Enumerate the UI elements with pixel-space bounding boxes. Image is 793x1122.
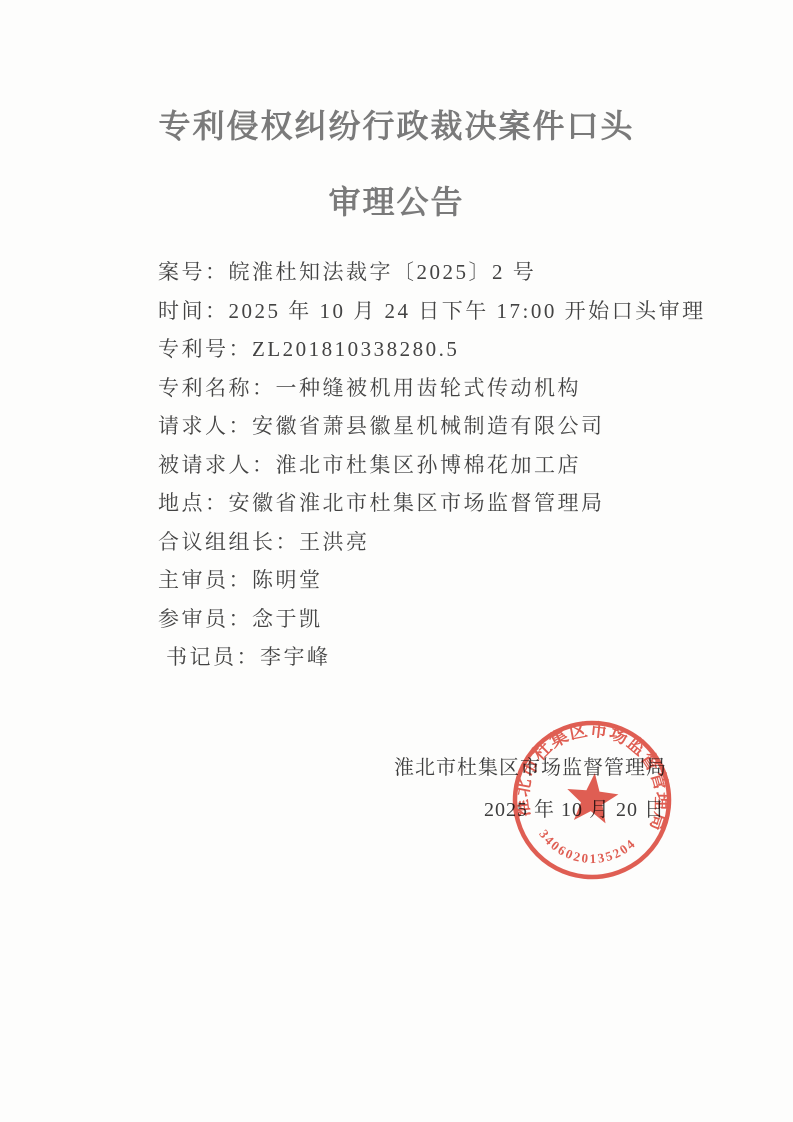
claimant-line: 请求人：安徽省萧县徽星机械制造有限公司 — [158, 407, 753, 446]
announcement-body: 案号：皖淮杜知法裁字〔2025〕2 号 时间：2025 年 10 月 24 日下… — [158, 253, 753, 677]
respondent-line: 被请求人：淮北市杜集区孙博棉花加工店 — [158, 446, 753, 485]
announcement-title-line2: 审理公告 — [0, 182, 793, 222]
case-number-line: 案号：皖淮杜知法裁字〔2025〕2 号 — [158, 253, 753, 292]
co-examiner-line: 参审员：念于凯 — [158, 600, 753, 639]
patent-name-line: 专利名称：一种缝被机用齿轮式传动机构 — [158, 369, 753, 408]
patent-number-line: 专利号：ZL201810338280.5 — [158, 330, 753, 369]
location-line: 地点：安徽省淮北市杜集区市场监督管理局 — [158, 484, 753, 523]
red-star-icon — [564, 770, 620, 824]
seal-ring-text-holder: 淮北市杜集区市场监督管理局 — [509, 715, 677, 835]
hearing-time-line: 时间：2025 年 10 月 24 日下午 17:00 开始口头审理 — [158, 292, 753, 331]
announcement-page: 专利侵权纠纷行政裁决案件口头 审理公告 案号：皖淮杜知法裁字〔2025〕2 号 … — [0, 0, 793, 1122]
official-red-seal: 淮北市杜集区市场监督管理局 3406020135204 — [507, 715, 677, 885]
chief-examiner-line: 主审员：陈明堂 — [158, 561, 753, 600]
clerk-line: 书记员：李宇峰 — [158, 638, 753, 677]
seal-ring-text: 淮北市杜集区市场监督管理局 — [509, 715, 677, 835]
announcement-title-line1: 专利侵权纠纷行政裁决案件口头 — [0, 106, 793, 146]
panel-chief-line: 合议组组长：王洪亮 — [158, 523, 753, 562]
